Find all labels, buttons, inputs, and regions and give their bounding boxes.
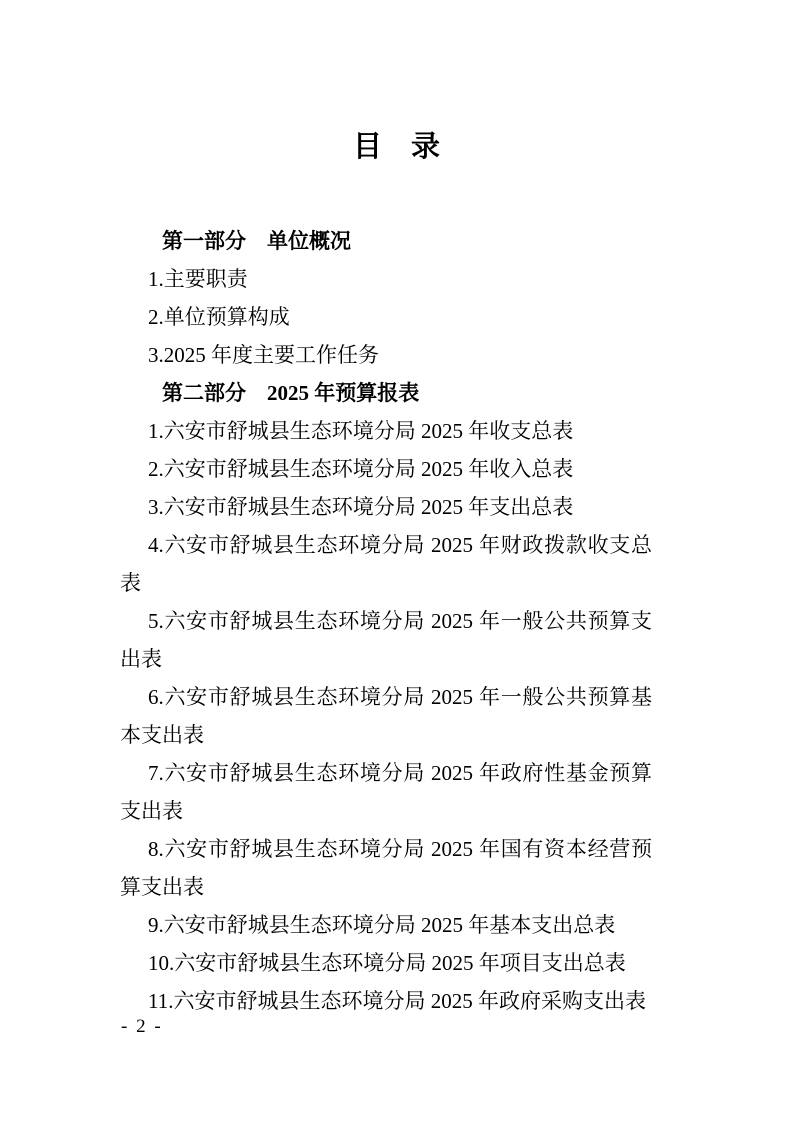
toc-item-part2-10: 10.六安市舒城县生态环境分局 2025 年项目支出总表 bbox=[120, 944, 652, 982]
toc-item-part2-1: 1.六安市舒城县生态环境分局 2025 年收支总表 bbox=[120, 412, 652, 450]
toc-item-part1-2: 2.单位预算构成 bbox=[120, 298, 652, 336]
table-of-contents: 第一部分 单位概况 1.主要职责 2.单位预算构成 3.2025 年度主要工作任… bbox=[120, 222, 652, 1020]
page-number: - 2 - bbox=[121, 1014, 163, 1040]
section-header-part1: 第一部分 单位概况 bbox=[120, 222, 652, 260]
toc-item-part2-11: 11.六安市舒城县生态环境分局 2025 年政府采购支出表 bbox=[120, 982, 652, 1020]
toc-item-part2-9: 9.六安市舒城县生态环境分局 2025 年基本支出总表 bbox=[120, 906, 652, 944]
toc-item-part2-7: 7.六安市舒城县生态环境分局 2025 年政府性基金预算支出表 bbox=[120, 754, 652, 830]
document-page: 目 录 第一部分 单位概况 1.主要职责 2.单位预算构成 3.2025 年度主… bbox=[0, 0, 793, 1122]
toc-item-part2-6: 6.六安市舒城县生态环境分局 2025 年一般公共预算基本支出表 bbox=[120, 678, 652, 754]
toc-item-part2-4: 4.六安市舒城县生态环境分局 2025 年财政拨款收支总表 bbox=[120, 526, 652, 602]
toc-item-part1-3: 3.2025 年度主要工作任务 bbox=[120, 336, 652, 374]
toc-item-part2-3: 3.六安市舒城县生态环境分局 2025 年支出总表 bbox=[120, 488, 652, 526]
toc-item-part2-5: 5.六安市舒城县生态环境分局 2025 年一般公共预算支出表 bbox=[120, 602, 652, 678]
toc-item-part2-2: 2.六安市舒城县生态环境分局 2025 年收入总表 bbox=[120, 450, 652, 488]
document-title: 目 录 bbox=[0, 0, 793, 166]
toc-item-part1-1: 1.主要职责 bbox=[120, 260, 652, 298]
section-header-part2: 第二部分 2025 年预算报表 bbox=[120, 374, 652, 412]
toc-item-part2-8: 8.六安市舒城县生态环境分局 2025 年国有资本经营预算支出表 bbox=[120, 830, 652, 906]
